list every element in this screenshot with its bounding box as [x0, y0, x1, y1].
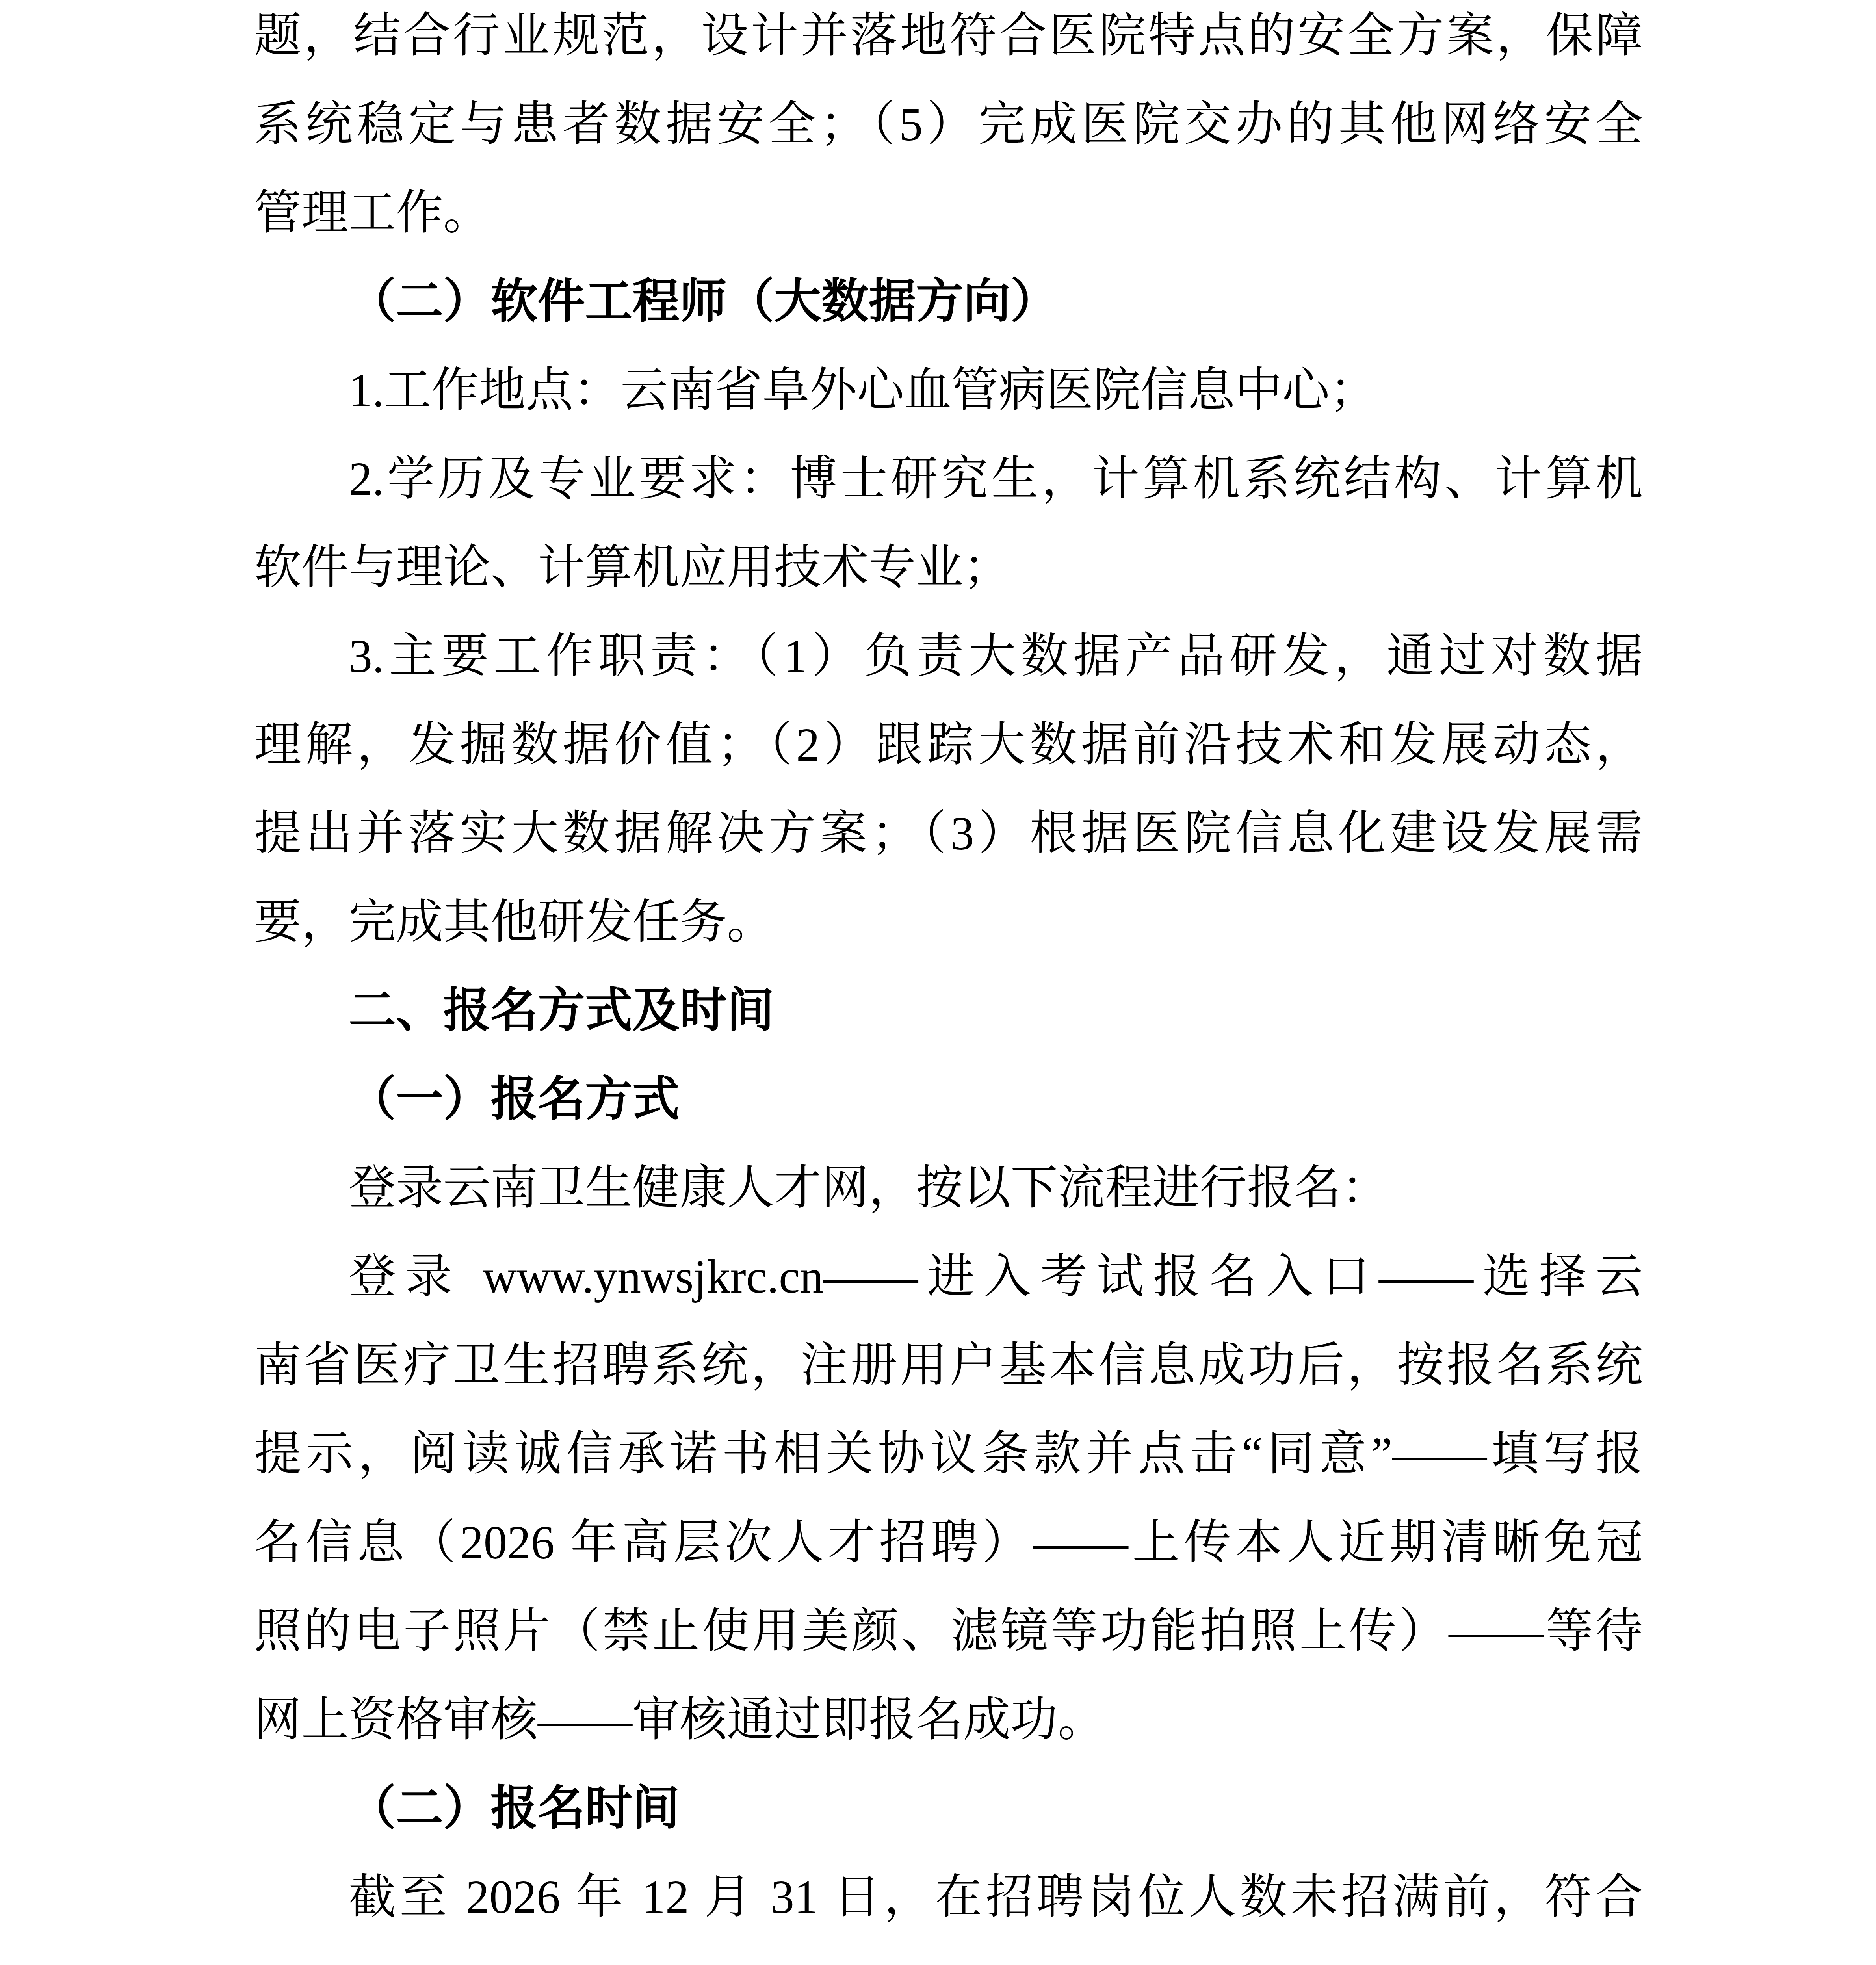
document-text-block: 题，结合行业规范，设计并落地符合医院特点的安全方案，保障 系统稳定与患者数据安全…: [254, 0, 1643, 1941]
heading-software-engineer-bigdata: （二）软件工程师（大数据方向）: [254, 257, 1643, 346]
text-line-registration-flow-1: 登录 www.ynwsjkrc.cn——进入考试报名入口——选择云: [254, 1232, 1643, 1321]
text-line-management-work: 管理工作。: [254, 169, 1643, 257]
text-line-registration-intro: 登录云南卫生健康人才网，按以下流程进行报名：: [254, 1144, 1643, 1232]
text-line-registration-flow-5: 照的电子照片（禁止使用美颜、滤镜等功能拍照上传）——等待: [254, 1587, 1643, 1675]
text-line-job-duties-cont-3: 要，完成其他研发任务。: [254, 878, 1643, 966]
text-line-registration-flow-2: 南省医疗卫生招聘系统，注册用户基本信息成功后，按报名系统: [254, 1321, 1643, 1410]
text-line-registration-flow-4: 名信息（2026 年高层次人才招聘）——上传本人近期清晰免冠: [254, 1498, 1643, 1587]
announcement-page: 题，结合行业规范，设计并落地符合医院特点的安全方案，保障 系统稳定与患者数据安全…: [0, 0, 1876, 1965]
text-line-registration-flow-3: 提示，阅读诚信承诺书相关协议条款并点击“同意”——填写报: [254, 1410, 1643, 1498]
heading-registration-time: （二）报名时间: [254, 1764, 1643, 1853]
text-line-job-duties-cont-1: 理解，发掘数据价值；（2）跟踪大数据前沿技术和发展动态，: [254, 700, 1643, 789]
heading-registration-method: （一）报名方式: [254, 1055, 1643, 1144]
text-line-registration-flow-6: 网上资格审核——审核通过即报名成功。: [254, 1675, 1643, 1764]
text-line-security-tasks: 系统稳定与患者数据安全；（5）完成医院交办的其他网络安全: [254, 80, 1643, 169]
heading-registration-method-and-time: 二、报名方式及时间: [254, 966, 1643, 1055]
text-line-education-requirements-cont: 软件与理论、计算机应用技术专业；: [254, 523, 1643, 612]
text-line-security-plan: 题，结合行业规范，设计并落地符合医院特点的安全方案，保障: [254, 0, 1643, 80]
text-line-job-duties: 3.主要工作职责：（1）负责大数据产品研发，通过对数据: [254, 612, 1643, 700]
text-line-education-requirements: 2.学历及专业要求：博士研究生，计算机系统结构、计算机: [254, 435, 1643, 523]
text-line-work-location: 1.工作地点：云南省阜外心血管病医院信息中心；: [254, 346, 1643, 435]
text-line-job-duties-cont-2: 提出并落实大数据解决方案；（3）根据医院信息化建设发展需: [254, 789, 1643, 878]
text-line-registration-deadline: 截至 2026 年 12 月 31 日，在招聘岗位人数未招满前，符合: [254, 1853, 1643, 1941]
